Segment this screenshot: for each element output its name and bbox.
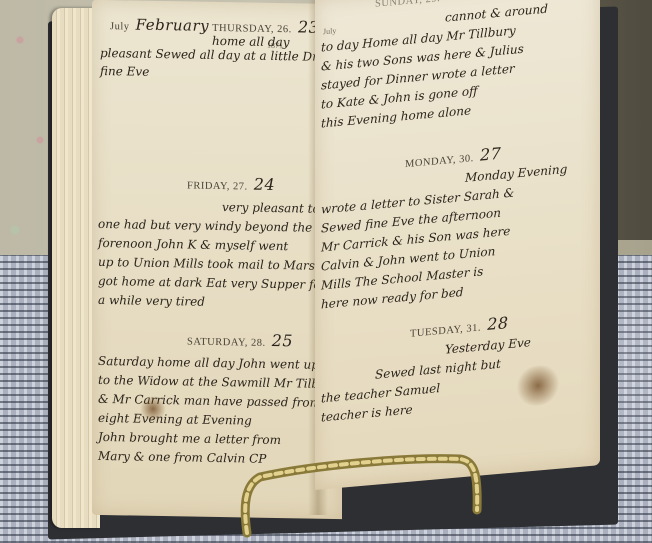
ink-stain: [140, 396, 166, 422]
handwritten-day: 27: [480, 144, 501, 165]
handwritten-day: 25: [272, 331, 293, 350]
ink-stain: [515, 363, 561, 407]
printed-day: SATURDAY, 28.: [187, 336, 266, 348]
page-mark: July: [323, 26, 336, 36]
handwritten-day: 24: [254, 175, 275, 194]
printed-day: TUESDAY, 31.: [410, 322, 481, 339]
sunday-header: SUNDAY, 29.: [375, 0, 440, 10]
left-page: July February THURSDAY, 26. 23 1871 home…: [92, 0, 342, 519]
handwritten-month: February: [136, 16, 210, 35]
saturday-header: SATURDAY, 28. 25: [187, 329, 293, 350]
brass-book-stand: [235, 445, 485, 540]
entry-line: fine Eve: [100, 62, 149, 82]
printed-month: July: [110, 21, 130, 32]
printed-day: FRIDAY, 27.: [187, 180, 248, 192]
printed-day: MONDAY, 30.: [405, 153, 474, 170]
entry-line: a while very tired: [98, 291, 205, 312]
friday-header: FRIDAY, 27. 24: [187, 173, 275, 194]
handwritten-day: 28: [487, 313, 508, 334]
right-page: SUNDAY, 29. July cannot & around to day …: [315, 0, 600, 490]
